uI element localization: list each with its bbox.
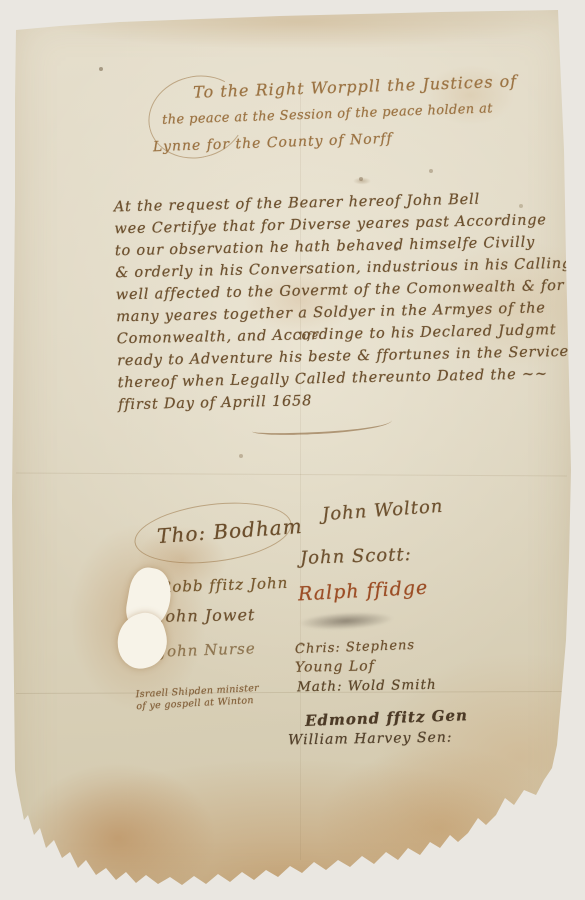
document-scan: To the Right Worppll the Justices of the… [0, 0, 585, 900]
signature-robb-ffitzjohn: Robb ffitz John [160, 574, 289, 596]
ink-smudge [290, 608, 403, 634]
fold-crease [16, 691, 565, 694]
date-underline-flourish [252, 416, 392, 437]
signature-john-nurse: John Nurse [160, 639, 256, 660]
signature-ralph-ffidge: Ralph ffidge [298, 577, 429, 606]
interlined-word: life [299, 331, 319, 343]
fold-crease [16, 473, 567, 477]
signature-young-lof: Young Lof [295, 658, 375, 675]
signature-william-harvey: William Harvey Sen: [288, 730, 453, 749]
signature-tho-bodham: Tho: Bodham [156, 514, 303, 548]
signature-chris-stephens: Chris: Stephens [295, 638, 416, 657]
signature-john-jowet: John Jowet [158, 605, 256, 626]
signature-math-wold-smith: Math: Wold Smith [297, 677, 437, 695]
manuscript-paper: To the Right Worppll the Justices of the… [0, 0, 585, 900]
signature-john-wolton: John Wolton [321, 496, 444, 525]
certificate-body: At the request of the Bearer hereof John… [114, 188, 529, 417]
minister-note: Israell Shipden minister of ye gospell a… [135, 683, 259, 713]
signature-edmond-ffitz: Edmond ffitz Gen [305, 706, 468, 730]
signature-john-scott: John Scott: [300, 544, 412, 569]
ink-specks [0, 0, 2, 2]
address-heading: To the Right Worppll the Justices of the… [149, 68, 512, 162]
